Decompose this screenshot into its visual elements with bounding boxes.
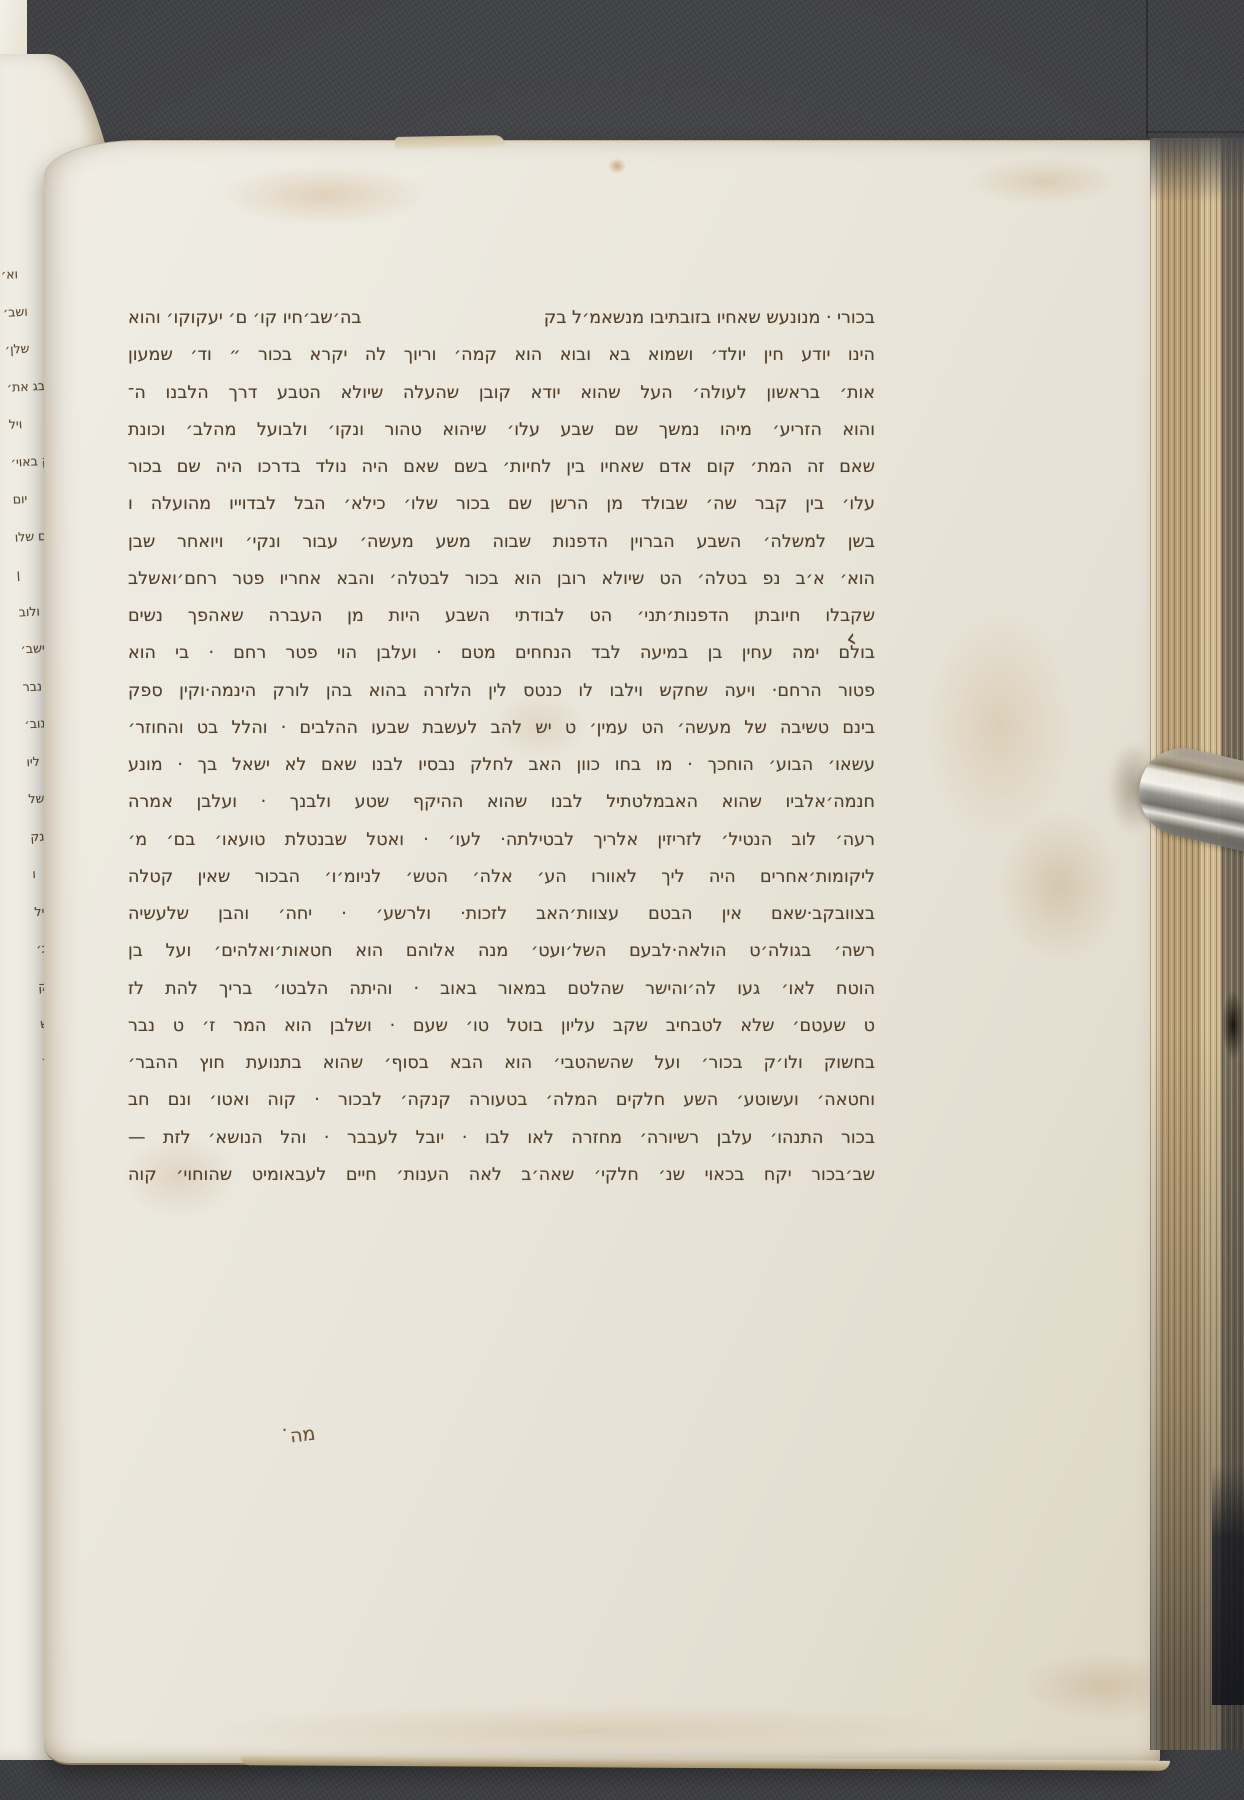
background-seam-horizontal (1146, 131, 1244, 133)
manuscript-line: עשאו׳ הבוע׳ הוחכך · מו בחו כוון האב לחלק… (128, 747, 875, 784)
manuscript-line: רעה׳ לוב הנטיל׳ לזריזין אלריך לבטילתה· ל… (128, 822, 875, 859)
manuscript-line: עלו׳ בין קבר שה׳ שבולד מן הרשן שם בכור ש… (128, 486, 875, 523)
manuscript-line: בינם טשיבה של מעשה׳ הט עמין׳ ט יש להב לע… (128, 710, 875, 747)
glass-page-weight (1136, 732, 1244, 852)
opening-line-left-segment: בה׳שב׳חיו קו׳ ם׳ יעקוקו׳ והוא (128, 300, 362, 337)
manuscript-line: שקבלו חיובתן הדפנות׳תני׳ הט לבודתי השבע … (128, 598, 875, 635)
manuscript-line: אות׳ בראשון לעולה׳ העל שהוא יודא קובן שה… (128, 375, 875, 412)
page-top-edge-fold (395, 135, 505, 149)
manuscript-photo: וא׳ושב׳שלן׳ריבג את׳וילויוק באוי׳יוםווים … (0, 0, 1244, 1800)
manuscript-line: שאם זה המת׳ קום אדם שאחיו בין לחיות׳ בשם… (128, 449, 875, 486)
glass-page-weight-body (1130, 739, 1244, 867)
text-block: בכורי · מנונעש שאחיו בזובתיבו מנשאמ׳ל בק… (128, 300, 875, 1194)
manuscript-line: רשה׳ בגולה׳ט הולאה·לבעם השל׳ועט׳ מנה אלו… (128, 933, 875, 970)
manuscript-line: בכור התנהו׳ עלבן רשיורה׳ מחזרה לאו לבו ·… (128, 1120, 875, 1157)
manuscript-line: הינו יודע חין יולד׳ ושמוא בא ובוא הוא קמ… (128, 337, 875, 374)
manuscript-line: ליקומות׳אחרים היה ליך לאוורו הע׳ אלה׳ הט… (128, 859, 875, 896)
manuscript-line: בולם ימה עחין בן במיעה לבד הנחחים מטם · … (128, 635, 875, 672)
manuscript-line: הוטח לאו׳ געו לה׳והישר שהלטם במאור באוב … (128, 971, 875, 1008)
manuscript-line: והוא הזריע׳ מיהו נמשך שם שבע עלו׳ שיהוא … (128, 412, 875, 449)
manuscript-line: וחטאה׳ ועשוטע׳ השע חלקים המלה׳ בטעורה קנ… (128, 1082, 875, 1119)
manuscript-line: בצוובקב·שאם אין הבטם עצוות׳האב לזכות· ול… (128, 896, 875, 933)
manuscript-line: בחשוק ולו׳ק בכור׳ ועל שהשהטבי׳ הוא הבא ב… (128, 1045, 875, 1082)
quire-signature: מה̇ (289, 1423, 317, 1448)
background-seam-vertical (1146, 0, 1148, 138)
fore-edge-dark-blot (1222, 990, 1244, 1060)
manuscript-line: בשן למשלה׳ השבע הברוין הדפנות שבוה משע מ… (128, 524, 875, 561)
opening-line-right-segment: בכורי · מנונעש שאחיו בזובתיבו מנשאמ׳ל בק (544, 300, 875, 337)
manuscript-line: שב׳בכור יקח בכאוי שנ׳ חלקי׳ שאה׳ב לאה הע… (128, 1157, 875, 1194)
fore-edge-dark-patch (1212, 1465, 1244, 1705)
manuscript-line: חנמה׳אלביו שהוא האבמלטתיל לבנו שהוא ההיק… (128, 784, 875, 821)
manuscript-line: פטור הרחם· ויעה שחקש וילבו לו כנטס לין ה… (128, 673, 875, 710)
manuscript-line-opening: בכורי · מנונעש שאחיו בזובתיבו מנשאמ׳ל בק… (128, 300, 875, 337)
manuscript-line: הוא׳ א׳ב נפ בטלה׳ הט שיולא רובן הוא בכור… (128, 561, 875, 598)
manuscript-line: ט שעטם׳ שלא לטבחיב שקב עליון בוטל טו׳ שע… (128, 1008, 875, 1045)
